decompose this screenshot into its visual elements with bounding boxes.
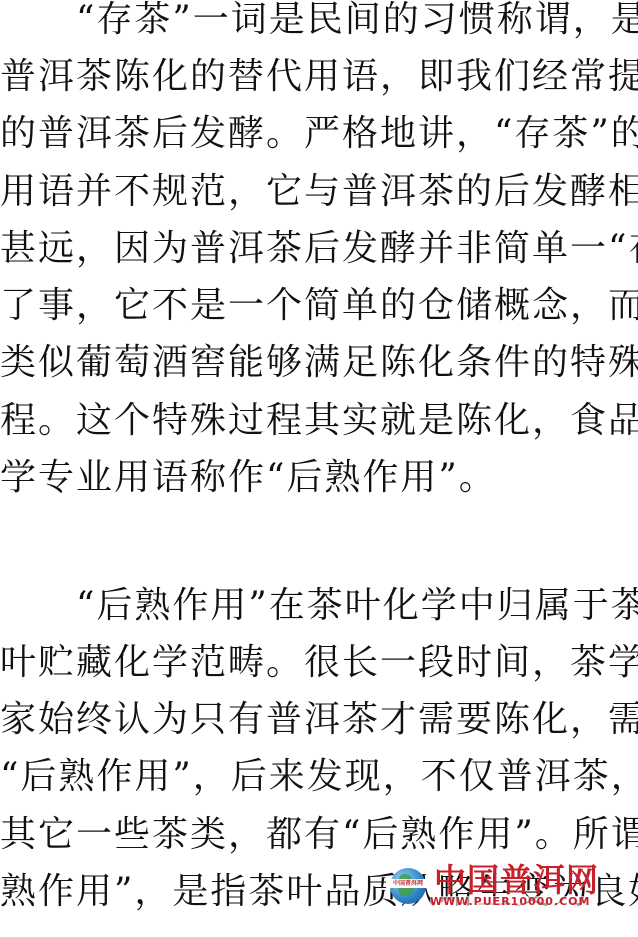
text-line: 普洱茶陈化的替代用语，即我们经常提到 xyxy=(0,57,638,97)
text-line: 程。这个特殊过程其实就是陈化，食品化 xyxy=(0,401,638,441)
site-watermark: 中国普洱网 中国普洱网 WWW.PUER10000.COM xyxy=(390,866,602,916)
text-line: 用语并不规范，它与普洱茶的后发酵相距 xyxy=(0,172,638,212)
watermark-url: WWW.PUER10000.COM xyxy=(430,896,590,908)
globe-label: 中国普洱网 xyxy=(386,879,430,888)
text-line: 叶贮藏化学范畴。很长一段时间，茶学专 xyxy=(0,643,638,683)
text-line: 学专业用语称作“后熟作用”。 xyxy=(0,458,497,498)
text-line: 其它一些茶类，都有“后熟作用”。所谓“后 xyxy=(0,815,638,855)
text-line: “后熟作用”在茶叶化学中归属于茶 xyxy=(0,586,638,626)
watermark-title: 中国普洱网 xyxy=(434,862,599,898)
text-line: “后熟作用”，后来发现，不仅普洱茶， xyxy=(0,757,638,797)
text-line: “存茶”一词是民间的习惯称谓，是 xyxy=(0,0,638,40)
text-line: 家始终认为只有普洱茶才需要陈化，需要 xyxy=(0,700,638,740)
text-line: 了事，它不是一个简单的仓储概念，而是 xyxy=(0,286,638,326)
text-line: 类似葡萄酒窖能够满足陈化条件的特殊过 xyxy=(0,343,638,383)
text-line: 的普洱茶后发酵。严格地讲，“存茶”的 xyxy=(0,114,638,154)
text-line: 甚远，因为普洱茶后发酵并非简单一“存” xyxy=(0,229,638,269)
